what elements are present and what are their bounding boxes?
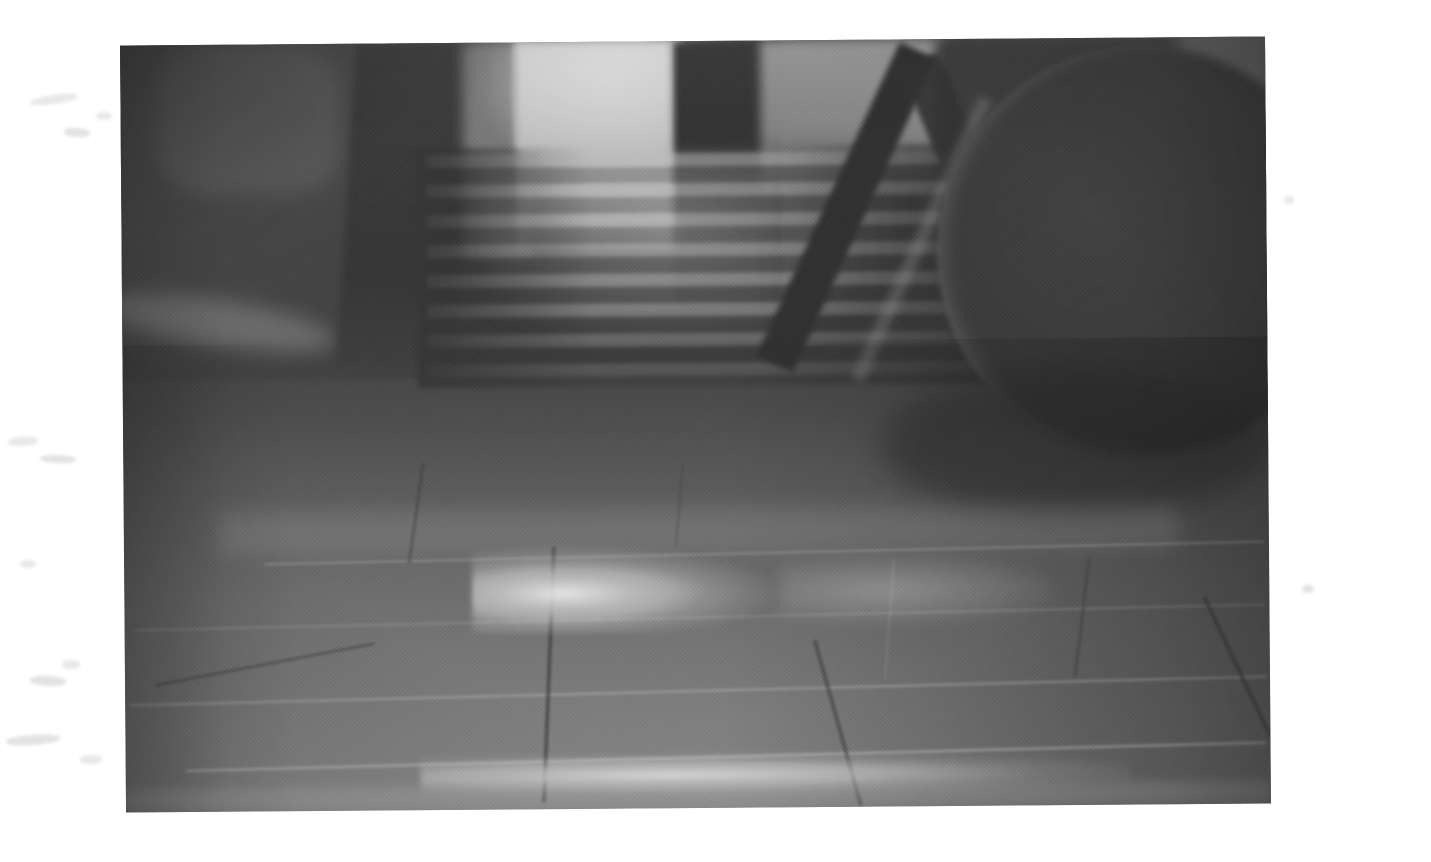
film-grain-overlay-soft bbox=[120, 37, 1271, 813]
floor-bottom-streak bbox=[421, 751, 1131, 799]
timber-beam-left bbox=[756, 42, 936, 372]
left-wall-light-patch bbox=[155, 44, 341, 195]
wheel-rim-highlight bbox=[935, 44, 1271, 459]
bleedthrough-mark bbox=[6, 733, 61, 747]
bleedthrough-mark bbox=[8, 436, 38, 447]
top-right-shadow-mass bbox=[935, 37, 1271, 190]
bleedthrough-mark bbox=[1302, 585, 1314, 593]
steps-side-shading bbox=[416, 144, 1003, 389]
left-pillar bbox=[336, 43, 476, 369]
floor-bright-speckle bbox=[779, 553, 1050, 625]
millstone-wheel bbox=[935, 44, 1271, 459]
left-diagonal-light-streak bbox=[120, 282, 339, 363]
beam-edge-highlight bbox=[851, 95, 993, 383]
doorway-light bbox=[515, 41, 685, 247]
bleedthrough-mark bbox=[40, 454, 76, 463]
stone-floor-shading bbox=[122, 337, 1271, 813]
steps-centre-light bbox=[481, 149, 903, 352]
right-wall-block bbox=[760, 39, 946, 205]
bleedthrough-mark bbox=[30, 675, 66, 687]
halftone-texture bbox=[120, 37, 1271, 813]
bleedthrough-mark bbox=[80, 755, 102, 764]
bleedthrough-mark bbox=[1284, 196, 1294, 204]
top-right-corner-patch bbox=[1178, 37, 1271, 188]
scanned-page bbox=[0, 0, 1431, 862]
bleedthrough-mark bbox=[20, 560, 36, 568]
vignette-shading bbox=[120, 37, 1271, 813]
wheel-floor-shadow bbox=[881, 366, 1271, 519]
doorway-left-jamb bbox=[462, 42, 530, 258]
film-grain-overlay bbox=[120, 37, 1271, 813]
left-background-wall bbox=[120, 43, 423, 380]
floor-bottom-edge-light bbox=[126, 780, 1271, 811]
doorway-glow bbox=[480, 37, 741, 173]
floor-joint-lines bbox=[120, 37, 1271, 813]
bleedthrough-mark bbox=[64, 127, 91, 138]
timber-beam-right bbox=[899, 53, 1075, 386]
bleedthrough-mark bbox=[96, 112, 112, 120]
photograph bbox=[120, 37, 1271, 813]
bleedthrough-mark bbox=[62, 660, 80, 669]
midfloor-light-band bbox=[219, 505, 1179, 555]
bleedthrough-mark bbox=[30, 92, 79, 108]
mid-pillar bbox=[672, 40, 784, 311]
floor-bright-patch bbox=[472, 543, 778, 633]
stone-steps bbox=[426, 151, 993, 380]
